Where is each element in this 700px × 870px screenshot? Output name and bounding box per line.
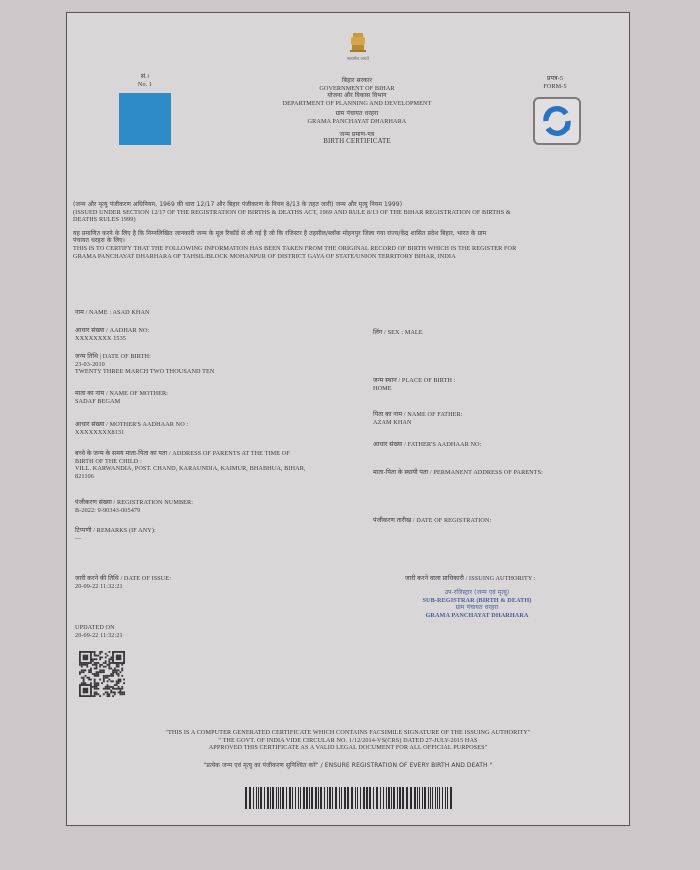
blue-code-block xyxy=(119,93,171,145)
remarks-value: — xyxy=(75,535,156,543)
dob-label: जन्म तिथि | DATE OF BIRTH: xyxy=(75,353,214,361)
address-at-birth-label2: BIRTH OF THE CHILD : xyxy=(75,458,306,466)
certify-line1: THIS IS TO CERTIFY THAT THE FOLLOWING IN… xyxy=(73,245,625,253)
mother-aadhaar-field: आधार संख्या / MOTHER'S AADHAAR NO : XXXX… xyxy=(75,421,188,436)
barcode xyxy=(245,787,453,809)
aadhar-field: आधार संख्या / AADHAR NO: XXXXXXXX 1535 xyxy=(75,327,149,342)
state-emblem-icon xyxy=(347,31,369,53)
date-of-issue-field: जारी करने की तिथि / DATE OF ISSUE: 20-09… xyxy=(75,575,171,590)
mother-aadhaar-value: XXXXXXXX8131 xyxy=(75,429,188,437)
issuing-authority-block: उप-रजिस्ट्रार (जन्म एवं मृत्यु) SUB-REGI… xyxy=(387,589,567,619)
registration-date-field: पंजीकरण तारीख / DATE OF REGISTRATION: xyxy=(373,517,491,525)
form-number-hindi: प्रपत्र-5 xyxy=(525,75,585,83)
serial-number: No. 1 xyxy=(119,81,171,89)
aadhar-label: आधार संख्या / AADHAR NO: xyxy=(75,327,149,335)
registration-number-label: पंजीकरण संख्या / REGISTRATION NUMBER: xyxy=(75,499,193,507)
authority-hindi2: ग्राम पंचायत धरहरा xyxy=(387,604,567,612)
date-of-issue-label: जारी करने की तिथि / DATE OF ISSUE: xyxy=(75,575,171,583)
address-at-birth-field: बच्चे के जन्म के समय माता-पिता का पता / … xyxy=(75,450,306,480)
aadhar-value: XXXXXXXX 1535 xyxy=(75,335,149,343)
registration-date-label: पंजीकरण तारीख / DATE OF REGISTRATION: xyxy=(373,517,491,525)
address-at-birth-value1: VILL. KARWANDIA, POST. CHAND, KARAUNDIA,… xyxy=(75,465,306,473)
govt-circular-note: " THE GOVT. OF INDIA VIDE CIRCULAR NO. 1… xyxy=(87,737,609,745)
permanent-address-label: माता-पिता के स्थायी पता / PERMANENT ADDR… xyxy=(373,469,543,477)
form-number: FORM-5 xyxy=(525,83,585,91)
panchayat-name-hindi: ग्राम पंचायत धरहरा xyxy=(217,110,497,118)
remarks-label: टिप्पणी / REMARKS (IF ANY): xyxy=(75,527,156,535)
authority-panchayat: GRAMA PANCHAYAT DHARHARA xyxy=(387,612,567,620)
dob-field: जन्म तिथि | DATE OF BIRTH: 23-03-2010 TW… xyxy=(75,353,214,376)
place-of-birth-value: HOME xyxy=(373,385,456,393)
updated-on-value: 20-09-22 11:32:21 xyxy=(75,632,123,640)
mother-aadhaar-label: आधार संख्या / MOTHER'S AADHAAR NO : xyxy=(75,421,188,429)
registration-number-field: पंजीकरण संख्या / REGISTRATION NUMBER: B-… xyxy=(75,499,193,514)
mother-name-field: माता का नाम / NAME OF MOTHER: SADAF BEGA… xyxy=(75,390,168,405)
sex-label: लिंग / SEX : xyxy=(373,329,403,336)
authority-hindi1: उप-रजिस्ट्रार (जन्म एवं मृत्यु) xyxy=(387,589,567,597)
issuing-authority-label: जारी करने वाला प्राधिकारी / ISSUING AUTH… xyxy=(405,575,536,583)
certify-hindi-line2: पंचायत धरहरा के लिए। xyxy=(73,237,625,245)
father-aadhaar-label: आधार संख्या / FATHER'S AADHAAR NO: xyxy=(373,441,481,449)
emblem-caption: सत्यमेव जयते xyxy=(335,56,381,62)
updated-on-field: UPDATED ON 20-09-22 11:32:21 xyxy=(75,624,123,639)
remarks-field: टिप्पणी / REMARKS (IF ANY): — xyxy=(75,527,156,542)
panchayat-name: GRAMA PANCHAYAT DHARHARA xyxy=(217,118,497,126)
department-name-hindi: योजना और विकास विभाग xyxy=(217,92,497,100)
date-of-issue-value: 20-09-22 11:32:21 xyxy=(75,583,171,591)
computer-generated-note: "THIS IS A COMPUTER GENERATED CERTIFICAT… xyxy=(87,729,609,737)
sex-field: लिंग / SEX : MALE xyxy=(373,329,423,337)
permanent-address-field: माता-पिता के स्थायी पता / PERMANENT ADDR… xyxy=(373,469,543,477)
serial-number-hindi: सं.। xyxy=(119,73,171,81)
mother-name-value: SADAF BEGAM xyxy=(75,398,168,406)
qr-code[interactable] xyxy=(79,651,125,697)
certify-hindi-line1: यह प्रमाणित करने के लिए है कि निम्नलिखित… xyxy=(73,230,625,238)
valid-document-note: APPROVED THIS CERTIFICATE AS A VALID LEG… xyxy=(87,744,609,752)
state-name-hindi: बिहार सरकार xyxy=(217,77,497,85)
department-name: DEPARTMENT OF PLANNING AND DEVELOPMENT xyxy=(217,100,497,108)
dob-value: 23-03-2010 xyxy=(75,361,214,369)
registration-number-value: B-2022: 9-90343-005479 xyxy=(75,507,193,515)
authority-title: SUB-REGISTRAR (BIRTH & DEATH) xyxy=(387,597,567,605)
place-of-birth-field: जन्म स्थान / PLACE OF BIRTH : HOME xyxy=(373,377,456,392)
birth-death-logo-icon xyxy=(537,101,577,141)
name-value: ASAD KHAN xyxy=(112,309,149,316)
issued-under-hindi: (जन्म और मृत्यु पंजीकरण अधिनियम, 1969 की… xyxy=(73,201,625,209)
father-name-label: पिता का नाम / NAME OF FATHER: xyxy=(373,411,463,419)
father-name-field: पिता का नाम / NAME OF FATHER: AZAM KHAN xyxy=(373,411,463,426)
dob-words: TWENTY THREE MARCH TWO THOUSAND TEN xyxy=(75,368,214,376)
address-at-birth-label1: बच्चे के जन्म के समय माता-पिता का पता / … xyxy=(75,450,306,458)
updated-on-label: UPDATED ON xyxy=(75,624,123,632)
issued-under-line2: DEATHS RULES 1999) xyxy=(73,216,625,224)
issued-under-line1: (ISSUED UNDER SECTION 12/17 OF THE REGIS… xyxy=(73,209,625,217)
father-aadhaar-field: आधार संख्या / FATHER'S AADHAAR NO: xyxy=(373,441,481,449)
father-name-value: AZAM KHAN xyxy=(373,419,463,427)
name-label: नाम / NAME : xyxy=(75,309,111,316)
mother-name-label: माता का नाम / NAME OF MOTHER: xyxy=(75,390,168,398)
place-of-birth-label: जन्म स्थान / PLACE OF BIRTH : xyxy=(373,377,456,385)
name-field: नाम / NAME : ASAD KHAN xyxy=(75,309,150,317)
certify-line2: GRAMA PANCHAYAT DHARHARA OF TAHSIL/BLOCK… xyxy=(73,253,625,261)
birth-certificate: सत्यमेव जयते सं.। No. 1 प्रपत्र-5 FORM-5… xyxy=(66,12,630,826)
sex-value: MALE xyxy=(405,329,423,336)
registration-logo xyxy=(533,97,581,145)
certificate-title: BIRTH CERTIFICATE xyxy=(217,138,497,146)
address-at-birth-value2: 821106 xyxy=(75,473,306,481)
registration-slogan: "प्रत्येक जन्म एवं मृत्यु का पंजीकरण सुन… xyxy=(87,762,609,770)
